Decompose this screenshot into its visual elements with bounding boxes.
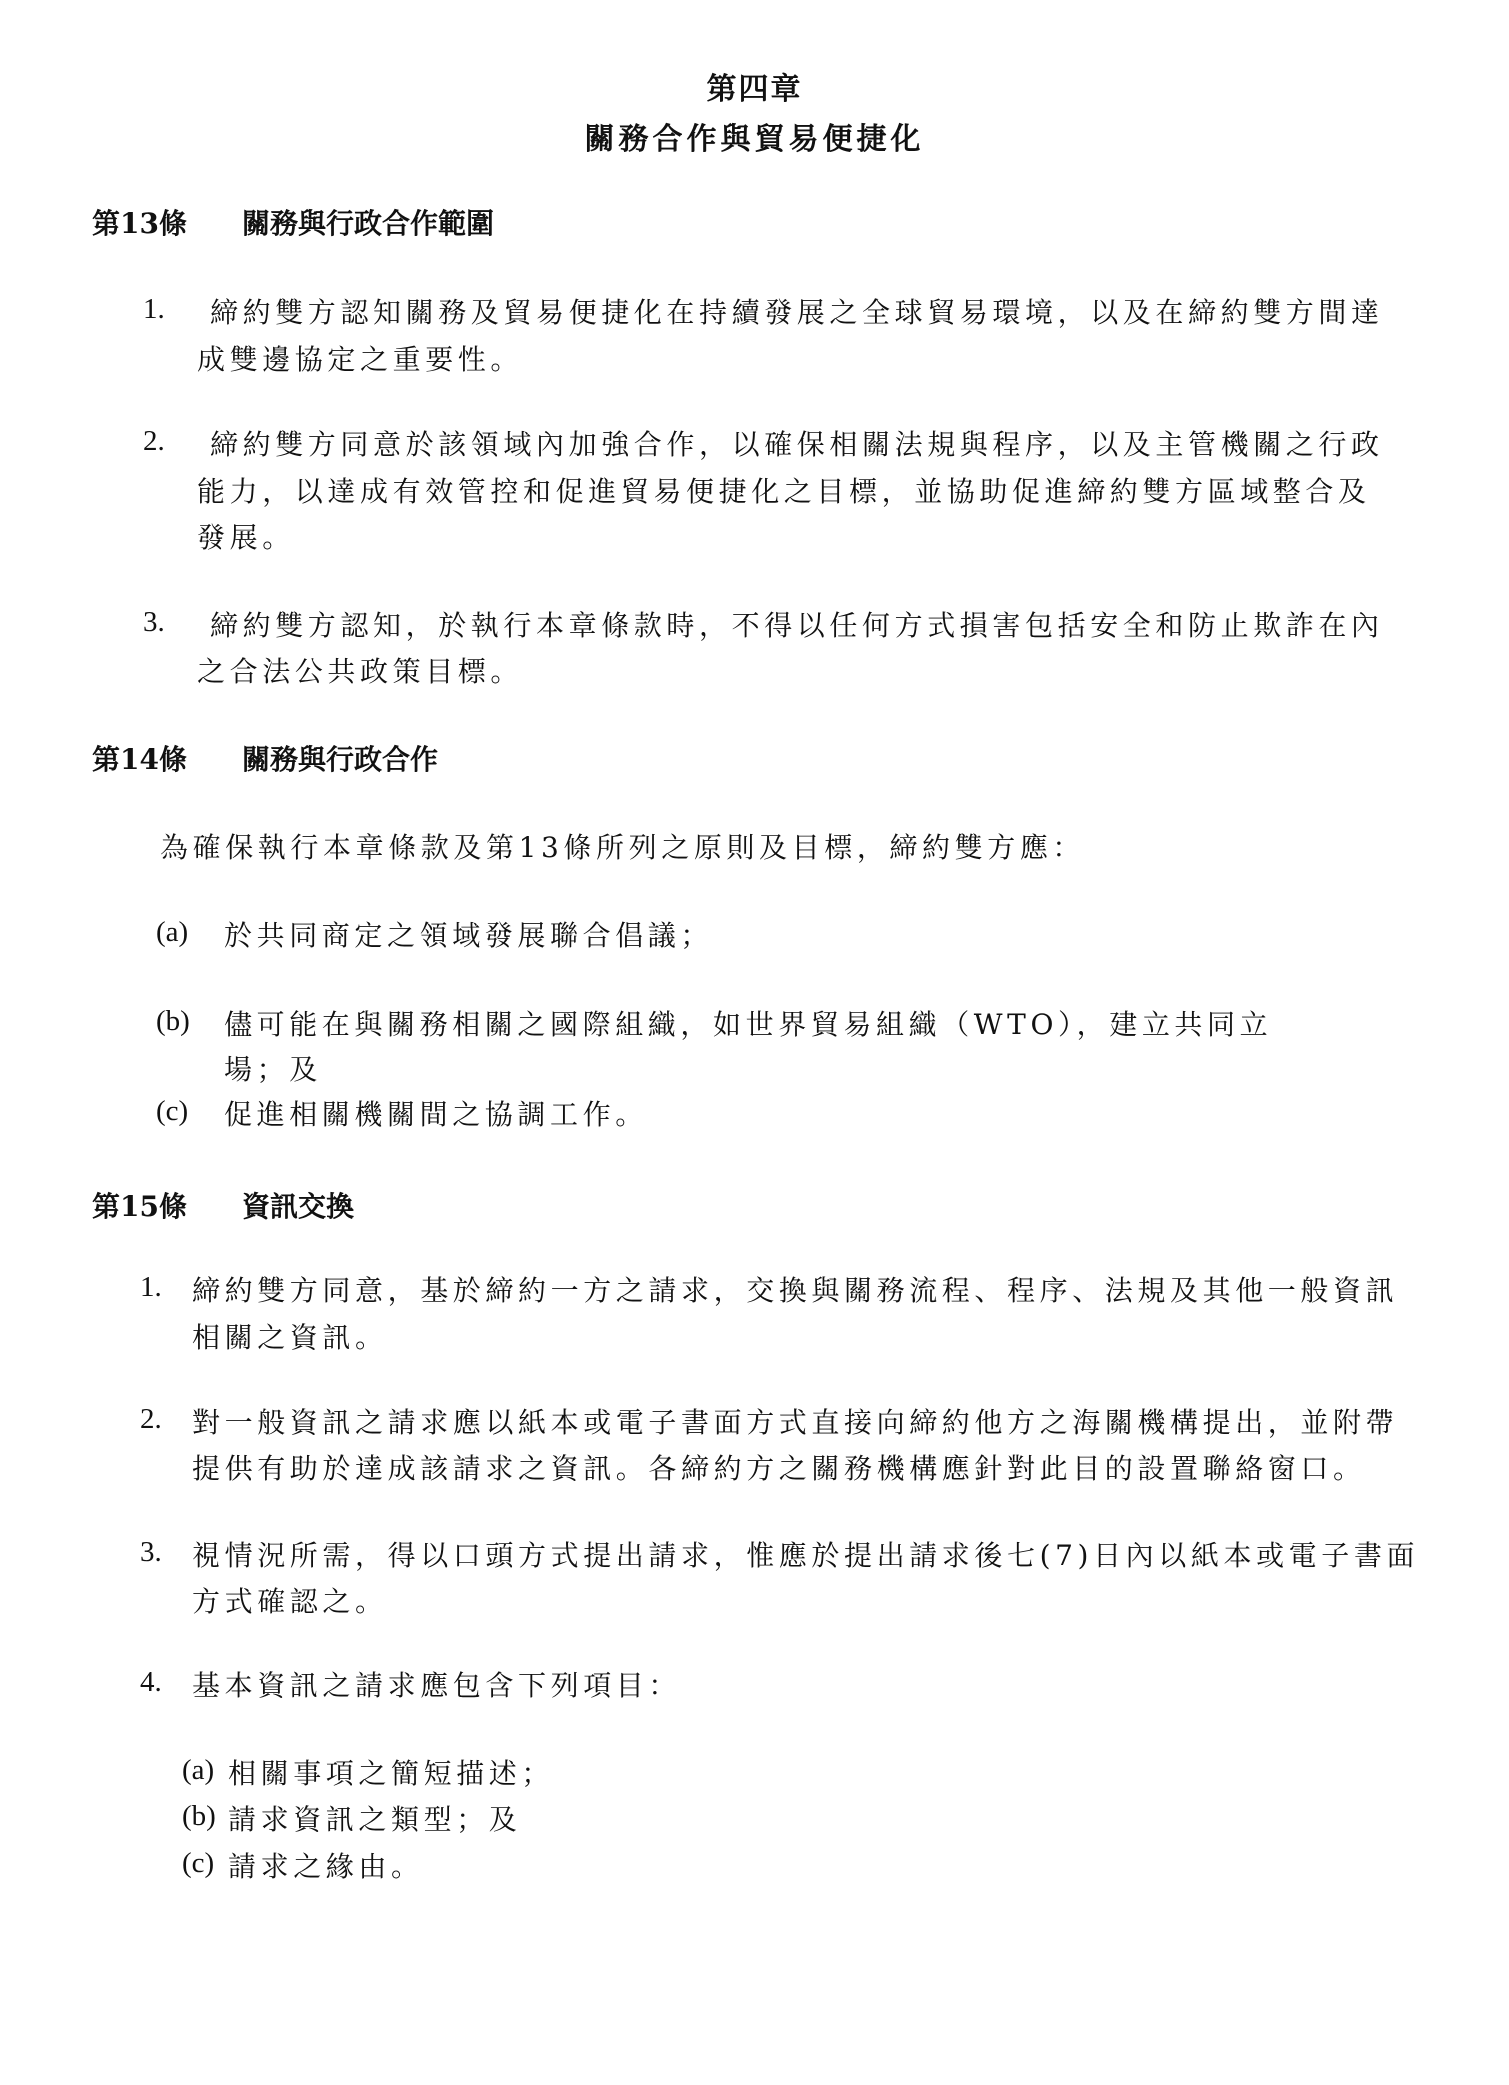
paragraph-marker: 1.: [143, 293, 165, 326]
paragraph-line: 締約雙方認知關務及貿易便捷化在持續發展之全球貿易環境，以及在締約雙方間達: [210, 291, 1384, 331]
paragraph-marker: 2.: [143, 425, 165, 458]
paragraph-line: 締約雙方認知，於執行本章條款時，不得以任何方式損害包括安全和防止欺詐在內: [210, 604, 1384, 644]
paragraph-line: 對一般資訊之請求應以紙本或電子書面方式直接向締約他方之海關機構提出，並附帶: [192, 1401, 1398, 1441]
paragraph-line: 相關之資訊。: [192, 1316, 388, 1356]
chapter-title: 關務合作與貿易便捷化: [0, 114, 1509, 158]
item-line: 場；及: [224, 1048, 322, 1088]
sub-item-marker: (c): [182, 1847, 214, 1880]
article-14-heading: 第14條關務與行政合作: [92, 738, 438, 778]
sub-item-text: 請求資訊之類型；及: [228, 1798, 521, 1838]
sub-item-marker: (a): [182, 1754, 214, 1787]
paragraph-line: 視情況所需，得以口頭方式提出請求，惟應於提出請求後七(7)日內以紙本或電子書面: [192, 1534, 1419, 1574]
article-number: 第13條: [92, 202, 242, 242]
paragraph-line: 締約雙方同意於該領域內加強合作，以確保相關法規與程序，以及主管機關之行政: [210, 423, 1384, 463]
article-title: 關務與行政合作範圍: [242, 207, 494, 240]
paragraph-line: 基本資訊之請求應包含下列項目：: [192, 1664, 681, 1704]
article-number: 第15條: [92, 1185, 242, 1225]
article-number: 第14條: [92, 738, 242, 778]
item-marker: (a): [156, 916, 188, 949]
article-15-heading: 第15條資訊交換: [92, 1185, 354, 1225]
article-13-heading: 第13條關務與行政合作範圍: [92, 202, 494, 242]
sub-item-text: 相關事項之簡短描述；: [228, 1752, 554, 1792]
article-intro: 為確保執行本章條款及第13條所列之原則及目標，締約雙方應：: [160, 826, 1085, 866]
item-line: 於共同商定之領域發展聯合倡議；: [224, 914, 713, 954]
paragraph-line: 發展。: [197, 516, 295, 556]
paragraph-marker: 3.: [143, 606, 165, 639]
item-line: 儘可能在與關務相關之國際組織，如世界貿易組織（WTO），建立共同立: [224, 1003, 1272, 1043]
article-title: 資訊交換: [242, 1190, 354, 1223]
paragraph-marker: 1.: [140, 1271, 162, 1304]
sub-item-marker: (b): [182, 1800, 216, 1833]
item-line: 促進相關機關間之協調工作。: [224, 1093, 648, 1133]
paragraph-marker: 4.: [140, 1666, 162, 1699]
paragraph-line: 方式確認之。: [192, 1580, 388, 1620]
chapter-number: 第四章: [0, 64, 1509, 108]
article-title: 關務與行政合作: [242, 743, 438, 776]
paragraph-line: 締約雙方同意，基於締約一方之請求，交換與關務流程、程序、法規及其他一般資訊: [192, 1269, 1398, 1309]
item-marker: (c): [156, 1095, 188, 1128]
paragraph-marker: 3.: [140, 1536, 162, 1569]
paragraph-line: 提供有助於達成該請求之資訊。各締約方之關務機構應針對此目的設置聯絡窗口。: [192, 1447, 1366, 1487]
item-marker: (b): [156, 1005, 190, 1038]
paragraph-line: 之合法公共政策目標。: [197, 650, 523, 690]
paragraph-marker: 2.: [140, 1403, 162, 1436]
paragraph-line: 能力，以達成有效管控和促進貿易便捷化之目標，並協助促進締約雙方區域整合及: [197, 470, 1371, 510]
sub-item-text: 請求之緣由。: [228, 1845, 424, 1885]
paragraph-line: 成雙邊協定之重要性。: [197, 338, 523, 378]
